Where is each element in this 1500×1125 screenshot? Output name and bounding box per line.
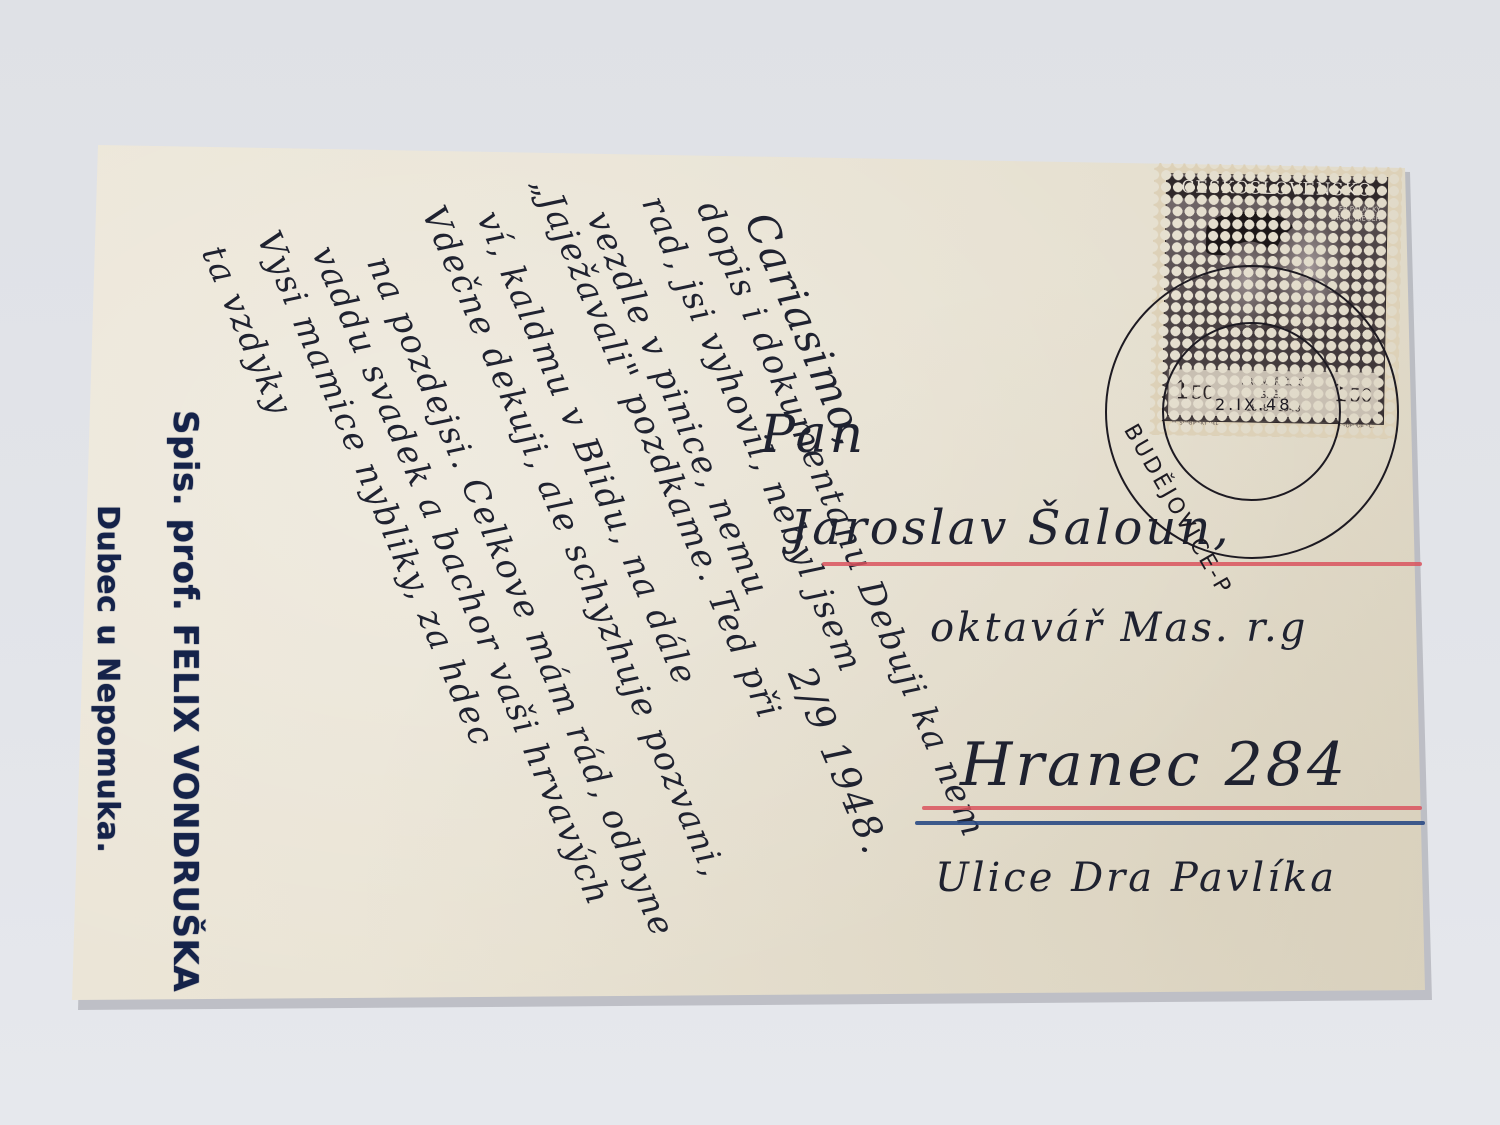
sender-stamp-line1: Spis. prof. FELIX VONDRUŠKA [165,410,205,992]
address-line: Hranec 284 [960,730,1348,800]
stamp-country: ČESKOSLOVENSKO [1167,176,1387,202]
postmark-date: 2.IX.48 [1215,395,1292,414]
blue-underline [915,821,1425,825]
sender-stamp-line2: Dubec u Nepomuka. [90,505,125,853]
red-underline [822,562,1422,566]
stamp-portrait-caption: FR.PALACKÝ DR.F.L.RIEGER [1331,205,1381,224]
address-line: oktavář Mas. r.g [930,605,1308,651]
address-line: Pan [760,405,866,465]
address-line: Ulice Dra Pavlíka [935,855,1337,901]
red-underline [922,806,1422,810]
